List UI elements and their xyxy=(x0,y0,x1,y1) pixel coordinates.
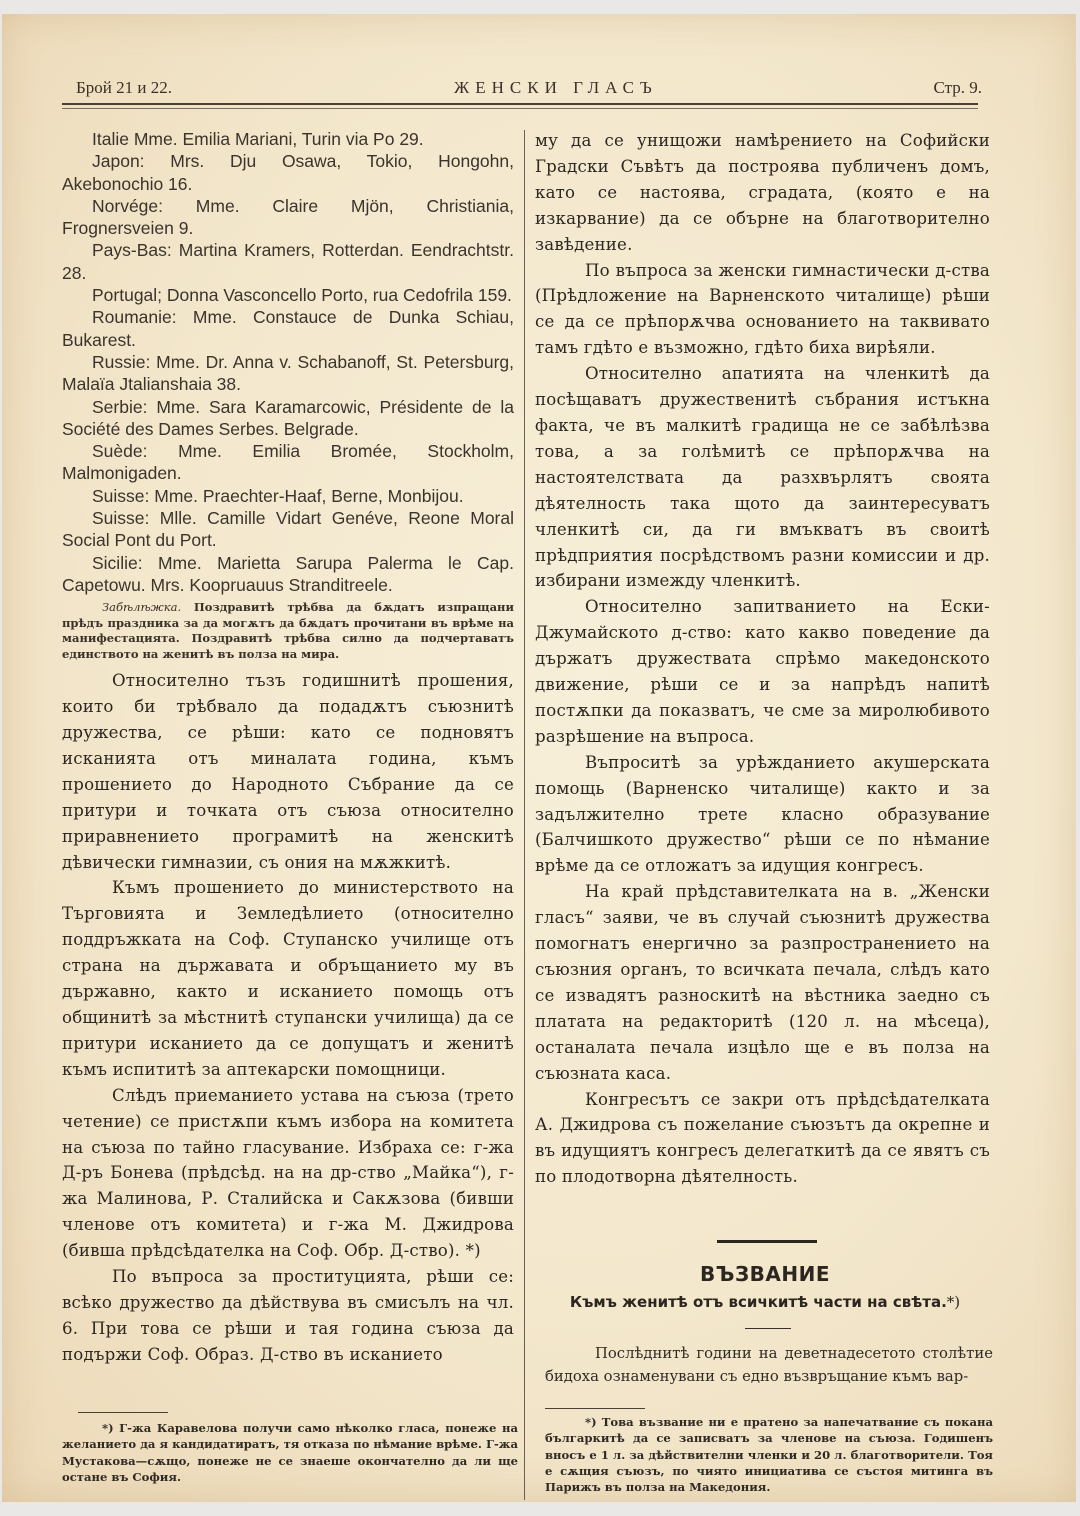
page-header: Брой 21 и 22. ЖЕНСКИ ГЛАСЪ Стр. 9. xyxy=(76,78,986,100)
address-item: Suède: Mme. Emilia Bromée, Stockholm, Ma… xyxy=(62,440,514,485)
footnote-rule xyxy=(545,1408,645,1409)
appeal-title: ВЪЗВАНИЕ xyxy=(530,1262,1000,1286)
appeal-subtitle-text: Къмъ женитѣ отъ всичкитѣ части на свѣта. xyxy=(570,1293,947,1311)
paragraph: Въпроситѣ за урѣжданието акушерската пом… xyxy=(535,750,990,880)
paragraph: Конгресътъ се закри отъ прѣдсѣдателката … xyxy=(535,1087,990,1191)
address-item: Pays-Bas: Martina Kramers, Rotterdan. Ee… xyxy=(62,239,514,284)
paragraph: По въпроса за проституцията, рѣши се: вс… xyxy=(62,1264,514,1368)
address-item: Italie Mme. Emilia Mariani, Turin via Po… xyxy=(62,128,514,150)
appeal-body: Послѣднитѣ години на деветнадесетото сто… xyxy=(545,1342,993,1388)
footnote-right: *) Това възвание ни е пратено за напечат… xyxy=(545,1414,993,1495)
page-number: Стр. 9. xyxy=(933,78,982,98)
address-item: Suisse: Mme. Praechter-Haaf, Berne, Monb… xyxy=(62,485,514,507)
issue-number: Брой 21 и 22. xyxy=(76,78,172,98)
paragraph: му да се унищожи намѣрението на Софийски… xyxy=(535,128,990,258)
subtitle-separator xyxy=(745,1328,791,1329)
note: Забѣлѣжка. Поздравитѣ трѣбва да бѫдатъ и… xyxy=(62,600,514,662)
paragraph: Слѣдъ приеманието устава на съюза (трето… xyxy=(62,1083,514,1264)
address-item: Sicilie: Mme. Marietta Sarupa Palerma le… xyxy=(62,552,514,597)
address-item: Suisse: Mlle. Camille Vidart Genéve, Reo… xyxy=(62,507,514,552)
section-separator xyxy=(717,1240,817,1243)
paragraph: На край прѣдставителката на в. „Женски г… xyxy=(535,879,990,1086)
paragraph: Относително апатията на членкитѣ да посѣ… xyxy=(535,361,990,594)
address-item: Norvége: Mme. Claire Mjön, Christiania, … xyxy=(62,195,514,240)
paragraph: Относително тъзъ годишнитѣ прошения, кои… xyxy=(62,668,514,875)
newspaper-title: ЖЕНСКИ ГЛАСЪ xyxy=(454,78,658,98)
address-item: Serbie: Mme. Sara Karamarcowic, Présiden… xyxy=(62,396,514,441)
header-rule xyxy=(62,103,978,109)
footnote-rule xyxy=(78,1412,168,1413)
address-item: Roumanie: Mme. Constauce de Dunka Schiau… xyxy=(62,306,514,351)
address-item: Russie: Mme. Dr. Anna v. Schabanoff, St.… xyxy=(62,351,514,396)
address-item: Portugal; Donna Vasconcello Porto, rua C… xyxy=(62,284,514,306)
column-divider xyxy=(524,130,525,1500)
paragraph: По въпроса за женски гимнастически д-ств… xyxy=(535,258,990,362)
appeal-subtitle: Къмъ женитѣ отъ всичкитѣ части на свѣта.… xyxy=(530,1293,1000,1311)
footnote-marker: *) xyxy=(947,1293,960,1311)
paragraph: Къмъ прошението до министерството на Тър… xyxy=(62,875,514,1082)
left-column: Italie Mme. Emilia Mariani, Turin via Po… xyxy=(62,128,514,1368)
note-label: Забѣлѣжка. xyxy=(102,600,181,614)
right-column: му да се унищожи намѣрението на Софийски… xyxy=(535,128,990,1190)
address-item: Japon: Mrs. Dju Osawa, Tokio, Hongohn, A… xyxy=(62,150,514,195)
paragraph: Относително запитванието на Ески-Джумайс… xyxy=(535,594,990,749)
footnote-left: *) Г-жа Каравелова получи само нѣколко г… xyxy=(62,1420,518,1485)
address-list: Italie Mme. Emilia Mariani, Turin via Po… xyxy=(62,128,514,596)
